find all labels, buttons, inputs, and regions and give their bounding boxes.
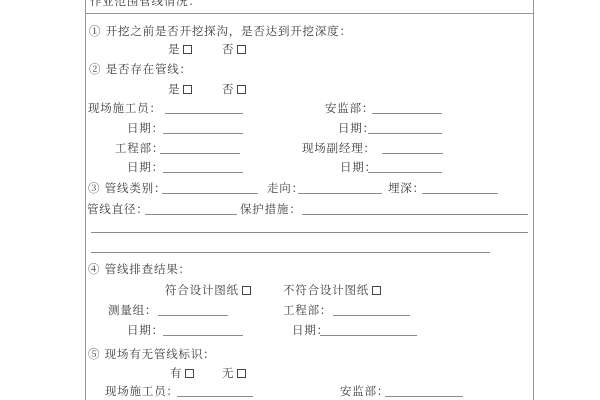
- option-q5-yes: 有: [170, 366, 194, 380]
- option-q1-yes-label: 是: [168, 42, 180, 56]
- blank-field: [372, 101, 442, 114]
- blank-field: [333, 303, 410, 316]
- blank-field: [160, 141, 240, 154]
- blank-field: [368, 160, 442, 173]
- label-date: 日期：: [127, 160, 164, 174]
- table-left-border: [85, 0, 86, 400]
- label-pipeline-diameter: 管线直径：: [87, 202, 149, 216]
- label-date: 日期：: [127, 323, 164, 337]
- label-engineering-dept: 工程部：: [283, 303, 332, 317]
- option-q5-no: 无: [222, 366, 246, 380]
- label-date: 日期：: [127, 121, 164, 135]
- label-pipeline-category: ③ 管线类别：: [88, 181, 166, 195]
- checkbox-icon: [183, 85, 192, 94]
- label-protection-measures: 保护措施：: [240, 202, 302, 216]
- blank-field: [145, 202, 237, 215]
- blank-field: [385, 384, 463, 397]
- table-right-border: [533, 0, 534, 400]
- blank-field: [163, 121, 243, 134]
- blank-field: [422, 181, 498, 194]
- label-safety-dept: 安监部：: [325, 101, 374, 115]
- scanned-form-page: 作业范围管线情况： ① 开挖之前是否开挖探沟，是否达到开挖深度： 是 否 ② 是…: [0, 0, 600, 400]
- checkbox-icon: [242, 286, 251, 295]
- label-site-constructor: 现场施工员：: [88, 101, 162, 115]
- blank-field: [302, 202, 528, 215]
- option-q5-no-label: 无: [222, 366, 234, 380]
- checkbox-icon: [185, 369, 194, 378]
- option-q2-no-label: 否: [222, 82, 234, 96]
- option-q4-conforms: 符合设计图纸: [165, 283, 251, 297]
- question-5: ⑤ 现场有无管线标识：: [88, 347, 215, 361]
- option-q2-no: 否: [222, 82, 246, 96]
- checkbox-icon: [237, 85, 246, 94]
- label-site-constructor: 现场施工员：: [105, 384, 179, 398]
- label-site-deputy-manager: 现场副经理：: [302, 141, 376, 155]
- checkbox-icon: [372, 286, 381, 295]
- question-2: ② 是否存在管线：: [89, 62, 192, 76]
- option-q5-yes-label: 有: [170, 366, 182, 380]
- continuation-line: [91, 252, 490, 253]
- blank-field: [163, 323, 243, 336]
- blank-field: [162, 181, 258, 194]
- checkbox-icon: [237, 369, 246, 378]
- question-4: ④ 管线排查结果：: [88, 262, 191, 276]
- option-q2-yes-label: 是: [168, 82, 180, 96]
- option-q1-yes: 是: [168, 42, 192, 56]
- label-burial-depth: 埋深：: [388, 181, 425, 195]
- continuation-line: [91, 232, 528, 233]
- blank-field: [368, 121, 442, 134]
- label-engineering-dept: 工程部：: [115, 141, 164, 155]
- label-survey-team: 测量组：: [108, 303, 157, 317]
- option-q1-no-label: 否: [222, 42, 234, 56]
- label-safety-dept: 安监部：: [340, 384, 389, 398]
- blank-field: [320, 323, 417, 336]
- option-q4-not-conforms-label: 不符合设计图纸: [283, 283, 369, 297]
- form-header: 作业范围管线情况：: [90, 0, 201, 8]
- blank-field: [165, 101, 243, 114]
- blank-field: [382, 141, 443, 154]
- blank-field: [298, 181, 382, 194]
- option-q1-no: 否: [222, 42, 246, 56]
- question-1: ① 开挖之前是否开挖探沟，是否达到开挖深度：: [89, 24, 352, 38]
- header-divider-line: [85, 13, 534, 14]
- blank-field: [163, 160, 243, 173]
- option-q2-yes: 是: [168, 82, 192, 96]
- blank-field: [177, 384, 253, 397]
- checkbox-icon: [237, 45, 246, 54]
- checkbox-icon: [183, 45, 192, 54]
- blank-field: [158, 303, 228, 316]
- option-q4-conforms-label: 符合设计图纸: [165, 283, 239, 297]
- option-q4-not-conforms: 不符合设计图纸: [283, 283, 381, 297]
